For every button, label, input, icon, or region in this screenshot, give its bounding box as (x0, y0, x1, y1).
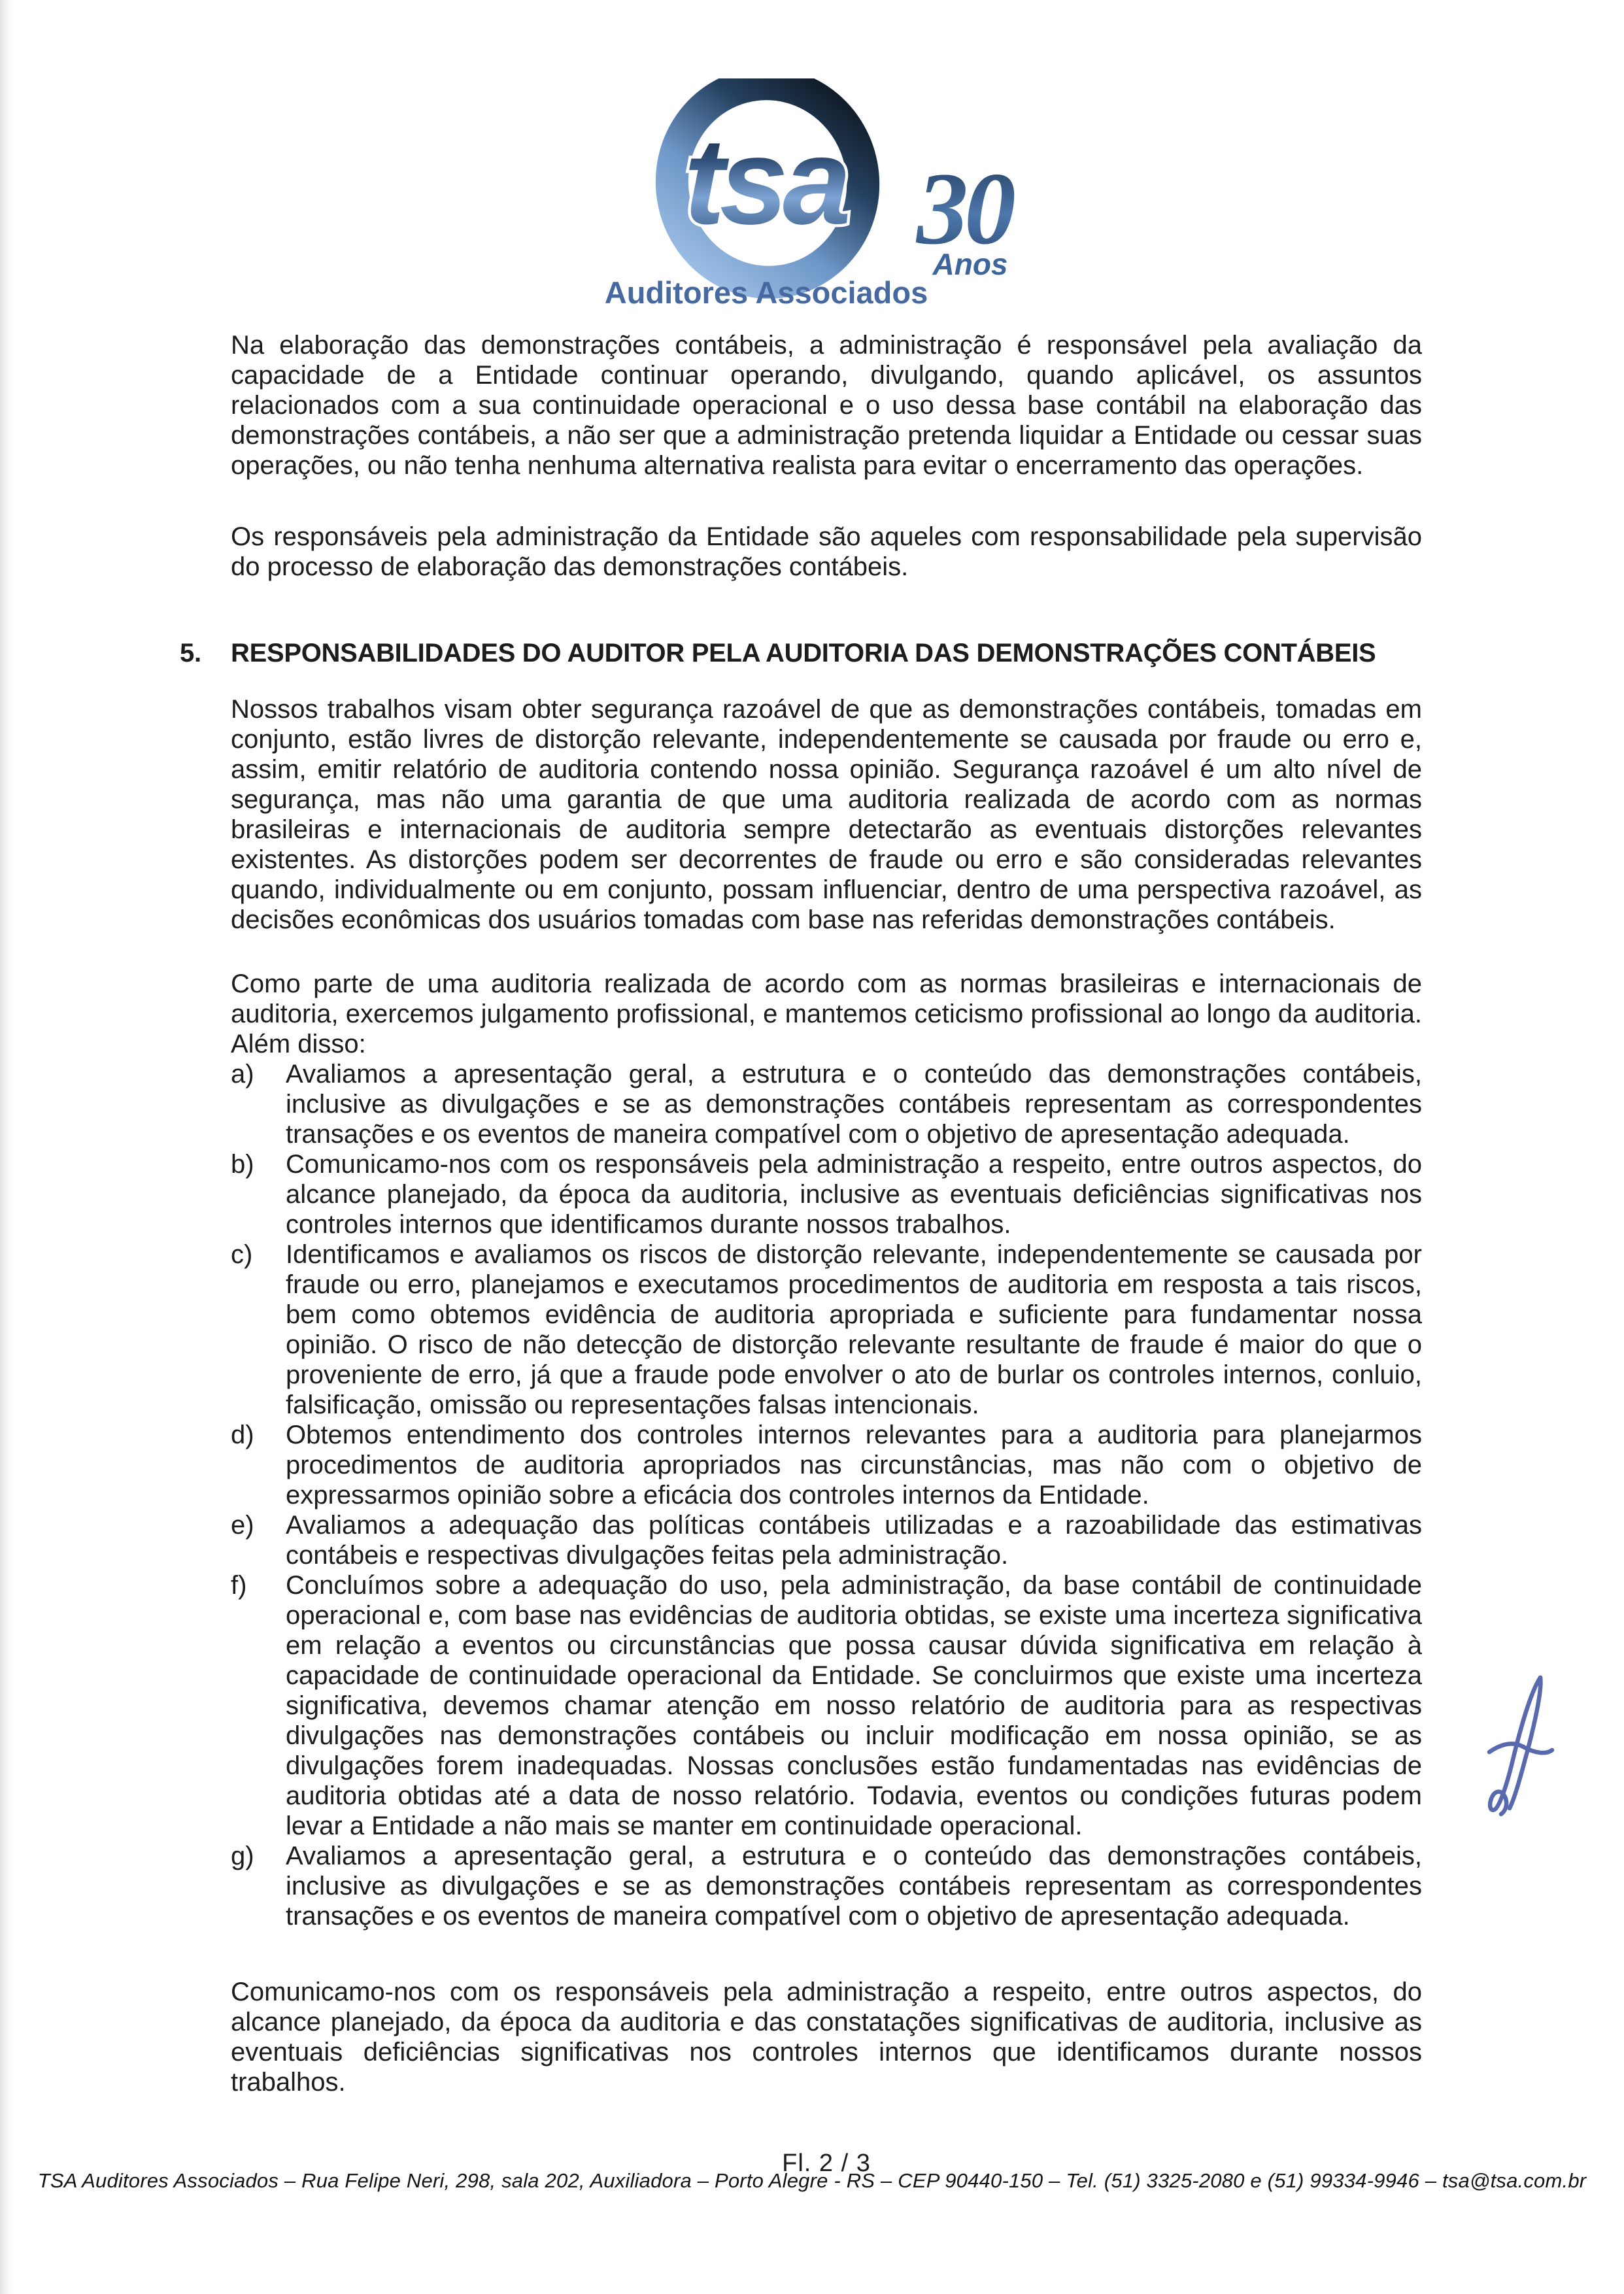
list-item: a) Avaliamos a apresentação geral, a est… (231, 1059, 1422, 1149)
list-item-text: Concluímos sobre a adequação do uso, pel… (286, 1570, 1422, 1841)
document-body: Na elaboração das demonstrações contábei… (231, 0, 1422, 2178)
list-item-text: Obtemos entendimento dos controles inter… (286, 1420, 1422, 1510)
list-item-letter: b) (231, 1149, 286, 1240)
scan-edge-shadow (0, 0, 13, 2294)
list-item-letter: f) (231, 1570, 286, 1841)
list-item-text: Comunicamo-nos com os responsáveis pela … (286, 1149, 1422, 1240)
intro-paragraph-1: Na elaboração das demonstrações contábei… (231, 330, 1422, 481)
list-item-text: Avaliamos a apresentação geral, a estrut… (286, 1841, 1422, 1931)
list-item: c) Identificamos e avaliamos os riscos d… (231, 1240, 1422, 1420)
list-item-letter: d) (231, 1420, 286, 1510)
list-item: e) Avaliamos a adequação das políticas c… (231, 1510, 1422, 1570)
audit-responsibilities-list: a) Avaliamos a apresentação geral, a est… (231, 1059, 1422, 1931)
section-paragraph-1: Nossos trabalhos visam obter segurança r… (231, 694, 1422, 935)
section-paragraph-2: Como parte de uma auditoria realizada de… (231, 969, 1422, 1059)
list-item-letter: c) (231, 1240, 286, 1420)
document-page: { "logo": { "monogram": "tsa", "annivers… (0, 0, 1624, 2294)
list-item-letter: a) (231, 1059, 286, 1149)
intro-paragraph-2: Os responsáveis pela administração da En… (231, 522, 1422, 582)
closing-paragraph: Comunicamo-nos com os responsáveis pela … (231, 1977, 1422, 2097)
list-item: d) Obtemos entendimento dos controles in… (231, 1420, 1422, 1510)
signature-mark (1483, 1671, 1559, 1823)
section-number: 5. (180, 638, 201, 668)
list-item: g) Avaliamos a apresentação geral, a est… (231, 1841, 1422, 1931)
section-heading: 5. RESPONSABILIDADES DO AUDITOR PELA AUD… (231, 638, 1422, 668)
list-item-letter: e) (231, 1510, 286, 1570)
list-item: b) Comunicamo-nos com os responsáveis pe… (231, 1149, 1422, 1240)
footer-line: TSA Auditores Associados – Rua Felipe Ne… (0, 2169, 1624, 2193)
list-item-text: Identificamos e avaliamos os riscos de d… (286, 1240, 1422, 1420)
list-item-text: Avaliamos a adequação das políticas cont… (286, 1510, 1422, 1570)
list-item: f) Concluímos sobre a adequação do uso, … (231, 1570, 1422, 1841)
list-item-letter: g) (231, 1841, 286, 1931)
list-item-text: Avaliamos a apresentação geral, a estrut… (286, 1059, 1422, 1149)
section-title: RESPONSABILIDADES DO AUDITOR PELA AUDITO… (231, 639, 1376, 667)
